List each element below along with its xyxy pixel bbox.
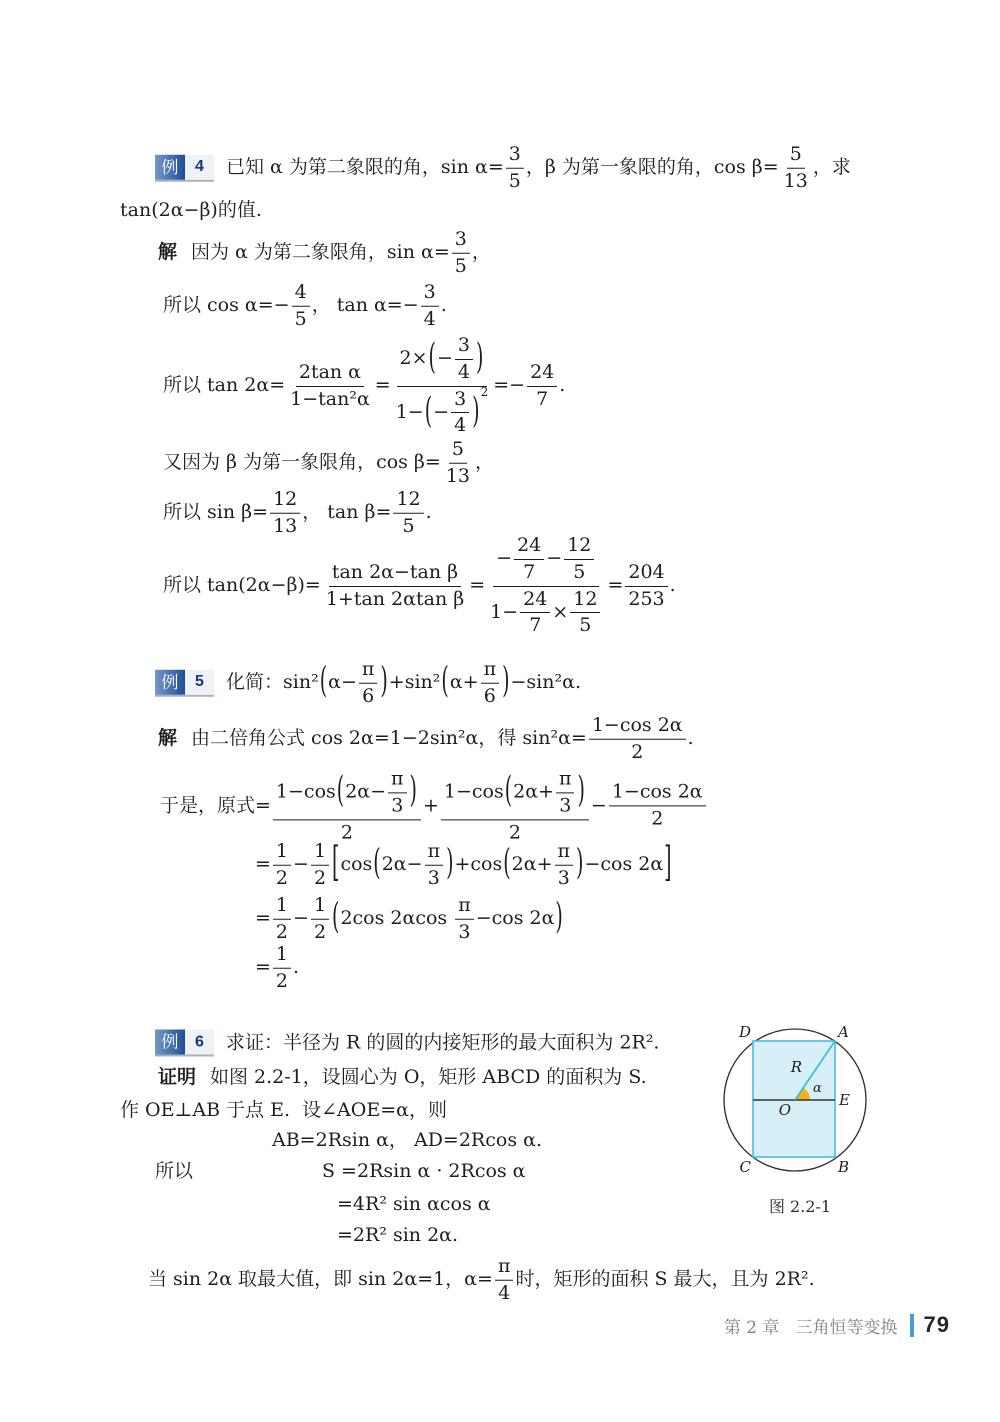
text-run: 12 xyxy=(396,488,420,512)
fraction: 35 xyxy=(452,228,470,279)
text-run: 1−cos xyxy=(444,781,504,805)
text-run: 时，矩形的面积 S 最大，且为 2R². xyxy=(515,1268,814,1292)
line-e6-p1: 证明如图 2.2-1，设圆心为 O，矩形 ABCD 的面积为 S. xyxy=(158,1066,647,1090)
big-paren: ( xyxy=(331,897,340,941)
text-run: π xyxy=(559,767,572,791)
label-D: D xyxy=(738,1023,751,1041)
big-paren: ( xyxy=(336,771,345,815)
big-paren: ( xyxy=(502,843,511,887)
line-e4-t1: 例4已知 α 为第二象限的角，sin α=35，β 为第一象限的角，cos β=… xyxy=(155,143,851,194)
text-run: 5 xyxy=(455,255,467,279)
example-badge-number: 6 xyxy=(185,1030,214,1055)
line-e5-t1: 例5化简：sin²(α−π6)+sin²(α+π6)−sin²α. xyxy=(155,658,581,709)
big-paren: ( xyxy=(428,337,437,381)
fraction: 1−cos 2α2 xyxy=(589,714,686,765)
text-run: π xyxy=(498,1255,511,1279)
big-paren: ( xyxy=(372,843,381,887)
text-run: 3 xyxy=(454,388,466,412)
text-run: . xyxy=(293,956,299,980)
text-run: 3 xyxy=(455,228,467,252)
text-run: 4 xyxy=(458,361,470,385)
line-e4-s3: 所以 tan 2α=2tan α1−tan²α=2×(−34)1−(−34)2=… xyxy=(163,334,565,438)
fraction: 247 xyxy=(514,534,544,585)
text-run: 2 xyxy=(276,867,288,891)
fraction: 1213 xyxy=(270,488,300,539)
text-run: 化简：sin² xyxy=(226,671,319,695)
example-badge: 例6 xyxy=(155,1030,214,1057)
text-run: +sin² xyxy=(389,671,441,695)
text-run: 5 xyxy=(452,438,464,462)
example-badge: 例5 xyxy=(155,670,214,697)
text-run: 所以 sin β= xyxy=(163,501,268,525)
fraction: 125 xyxy=(564,534,594,585)
text-run: 2tan α xyxy=(299,361,361,385)
big-paren: ( xyxy=(504,771,513,815)
text-run: 2α+ xyxy=(512,853,553,877)
text-run: 3 xyxy=(509,143,521,167)
page-footer: 第 2 章 三角恒等变换 79 xyxy=(560,1310,950,1340)
text-run: 3 xyxy=(428,867,440,891)
page-number: 79 xyxy=(924,1312,950,1338)
text-run: . xyxy=(688,727,694,751)
text-run: = xyxy=(469,574,485,598)
text-run: 5 xyxy=(790,143,802,167)
line-e6-soyi: 所以 xyxy=(155,1160,193,1184)
fraction: 34 xyxy=(451,388,469,439)
fraction: 513 xyxy=(443,438,473,489)
example-badge-label: 例 xyxy=(155,1030,185,1055)
label-E: E xyxy=(838,1091,850,1109)
text-run: 7 xyxy=(529,614,541,638)
text-run: 1− xyxy=(396,401,424,425)
text-run: 2 xyxy=(631,741,643,765)
text-run: π xyxy=(484,658,497,682)
example-badge-number: 5 xyxy=(185,670,214,695)
fraction: 35 xyxy=(506,143,524,194)
text-run: 2cos 2αcos xyxy=(340,907,453,931)
fraction: π3 xyxy=(555,840,574,891)
text-run: 如图 2.2-1，设圆心为 O，矩形 ABCD 的面积为 S. xyxy=(210,1066,647,1090)
figure-caption: 图 2.2-1 xyxy=(710,1194,890,1217)
text-run: 24 xyxy=(523,588,547,612)
text-run: 已知 α 为第二象限的角，sin α= xyxy=(226,156,504,180)
superscript: 2 xyxy=(481,385,489,400)
line-e4-s2: 所以 cos α=−45， tan α=−34. xyxy=(163,281,447,332)
text-run: 2α− xyxy=(382,853,423,877)
text-run: 2α+ xyxy=(513,781,554,805)
text-run: 13 xyxy=(784,170,808,194)
fraction: 45 xyxy=(292,281,310,332)
text-run: ， tan β= xyxy=(302,501,391,525)
text-run: tan 2α−tan β xyxy=(332,561,458,585)
label-B: B xyxy=(837,1158,849,1176)
text-run: π xyxy=(428,840,441,864)
fraction: π3 xyxy=(425,840,444,891)
line-e4-s4: 又因为 β 为第一象限角，cos β=513， xyxy=(163,438,494,489)
text-run: 1+tan 2αtan β xyxy=(326,588,464,612)
text-run: 当 sin 2α 取最大值，即 sin 2α=1，α= xyxy=(148,1268,493,1292)
text-run: ，β 为第一象限的角，cos β= xyxy=(526,156,779,180)
fraction: 1−cos(2α−π3)2 xyxy=(273,767,421,844)
fraction: 12 xyxy=(273,840,291,891)
fraction: 1−cos 2α2 xyxy=(609,781,706,832)
text-run: π xyxy=(558,840,571,864)
fraction: 1−cos(2α+π3)2 xyxy=(441,767,589,844)
fraction: π4 xyxy=(495,1255,514,1306)
fraction: 34 xyxy=(421,281,439,332)
line-e5-s1: 解由二倍角公式 cos 2α=1−2sin²α，得 sin²α=1−cos 2α… xyxy=(158,714,694,765)
example-badge-label: 例 xyxy=(155,155,185,180)
fraction: 12 xyxy=(311,894,329,945)
fraction: 12 xyxy=(273,943,291,994)
big-paren: ( xyxy=(319,661,328,705)
text-run: 3 xyxy=(458,334,470,358)
line-e4-s5: 所以 sin β=1213， tan β=125. xyxy=(163,488,432,539)
text-run: + xyxy=(423,794,439,818)
fraction: π3 xyxy=(556,767,575,818)
line-e6-eq3: =4R² sin αcos α xyxy=(337,1193,491,1217)
text-run: 所以 tan(2α−β)= xyxy=(163,574,321,598)
text-run: 12 xyxy=(273,488,297,512)
text-run: 13 xyxy=(446,465,470,489)
text-run: ，求 xyxy=(813,156,851,180)
text-run: 于是，原式= xyxy=(160,794,271,818)
fraction: 12 xyxy=(311,840,329,891)
fraction: 12 xyxy=(273,894,291,945)
text-run: 所以 tan 2α= xyxy=(163,374,285,398)
text-run: ， xyxy=(472,241,491,265)
figure-2-2-1: D A C B O E R α xyxy=(710,1020,890,1190)
big-paren: ) xyxy=(576,771,585,815)
text-run: 1 xyxy=(314,840,326,864)
text-run: 1 xyxy=(314,894,326,918)
line-e4-t2: tan(2α−β)的值. xyxy=(120,199,262,223)
line-e4-s6: 所以 tan(2α−β)=tan 2α−tan β1+tan 2αtan β=−… xyxy=(163,534,676,638)
text-run: 1 xyxy=(276,840,288,864)
big-paren: ) xyxy=(471,391,480,435)
text-run: AB=2Rsin α， AD=2Rcos α. xyxy=(272,1129,542,1153)
solution-label: 解 xyxy=(158,241,177,265)
text-run: 所以 cos α=− xyxy=(163,294,290,318)
fraction: 204253 xyxy=(625,561,667,612)
text-run: 2 xyxy=(651,808,663,832)
big-paren: ) xyxy=(445,843,454,887)
fraction: 513 xyxy=(781,143,811,194)
text-run: S =2Rsin α · 2Rcos α xyxy=(322,1160,526,1184)
text-run: 204 xyxy=(628,561,664,585)
text-run: 4 xyxy=(295,281,307,305)
text-run: 12 xyxy=(567,534,591,558)
line-e5-s5: =12. xyxy=(255,943,299,994)
text-run: − xyxy=(496,547,512,571)
fraction: π6 xyxy=(481,658,500,709)
fraction: π6 xyxy=(359,658,378,709)
line-e4-s1: 解因为 α 为第二象限角，sin α=35， xyxy=(158,228,491,279)
label-alpha: α xyxy=(813,1081,822,1096)
line-e6-eq2: S =2Rsin α · 2Rcos α xyxy=(322,1160,526,1184)
text-run: 4 xyxy=(454,414,466,438)
label-C: C xyxy=(740,1158,752,1176)
example-badge-label: 例 xyxy=(155,670,185,695)
text-run: 2× xyxy=(400,347,428,371)
fraction: π3 xyxy=(455,894,474,945)
line-e5-s4: =12−12(2cos 2αcos π3−cos 2α) xyxy=(255,894,564,945)
line-e5-s2: 于是，原式=1−cos(2α−π3)2+1−cos(2α+π3)2−1−cos … xyxy=(160,767,708,844)
line-e6-t1: 例6求证：半径为 R 的圆的内接矩形的最大面积为 2R². xyxy=(155,1030,659,1057)
line-e6-p2: 作 OE⊥AB 于点 E. 设∠AOE=α，则 xyxy=(120,1099,447,1123)
textbook-page: 例4已知 α 为第二象限的角，sin α=35，β 为第一象限的角，cos β=… xyxy=(0,0,1000,1422)
text-run: −cos 2α xyxy=(476,907,555,931)
footer-section-title: 三角恒等变换 xyxy=(796,1313,898,1338)
text-run: tan(2α−β)的值. xyxy=(120,199,262,223)
fraction: 125 xyxy=(570,588,600,639)
text-run: −sin²α. xyxy=(511,671,581,695)
label-O: O xyxy=(779,1101,791,1119)
big-bracket: [ xyxy=(331,839,340,890)
text-run: 7 xyxy=(523,561,535,585)
fraction: 125 xyxy=(393,488,423,539)
text-run: = xyxy=(607,574,623,598)
text-run: 因为 α 为第二象限角，sin α= xyxy=(191,241,450,265)
text-run: − xyxy=(591,794,607,818)
text-run: 又因为 β 为第一象限角，cos β= xyxy=(163,451,441,475)
text-run: π xyxy=(458,894,471,918)
text-run: 2 xyxy=(276,970,288,994)
text-run: ， xyxy=(475,451,494,475)
big-bracket: ] xyxy=(663,839,672,890)
big-paren: ( xyxy=(424,391,433,435)
footer-chapter: 第 2 章 xyxy=(724,1313,780,1338)
text-run: 1− xyxy=(490,601,518,625)
text-run: =4R² sin αcos α xyxy=(337,1193,491,1217)
text-run: 24 xyxy=(530,361,554,385)
text-run: 3 xyxy=(558,867,570,891)
text-run: 2 xyxy=(314,867,326,891)
text-run: 1−cos 2α xyxy=(612,781,703,805)
big-paren: ) xyxy=(409,771,418,815)
big-paren: ) xyxy=(554,897,563,941)
fraction: 247 xyxy=(520,588,550,639)
fraction: π3 xyxy=(388,767,407,818)
big-paren: ) xyxy=(501,661,510,705)
fraction: tan 2α−tan β1+tan 2αtan β xyxy=(323,561,467,612)
text-run: × xyxy=(552,601,568,625)
text-run: = xyxy=(255,853,271,877)
label-A: A xyxy=(836,1023,849,1041)
text-run: −cos 2α xyxy=(584,853,663,877)
text-run: . xyxy=(559,374,565,398)
example-badge-number: 4 xyxy=(185,155,214,180)
text-run: 5 xyxy=(579,614,591,638)
text-run: 1−cos 2α xyxy=(592,714,683,738)
text-run: +cos xyxy=(454,853,502,877)
text-run: α+ xyxy=(450,671,479,695)
text-run: 所以 xyxy=(155,1160,193,1184)
text-run: 作 OE⊥AB 于点 E. 设∠AOE=α，则 xyxy=(120,1099,447,1123)
text-run: 1−tan²α xyxy=(290,388,370,412)
solution-label: 证明 xyxy=(158,1066,196,1090)
text-run: . xyxy=(426,501,432,525)
text-run: 7 xyxy=(536,388,548,412)
text-run: − xyxy=(437,347,453,371)
text-run: 3 xyxy=(424,281,436,305)
text-run: 2 xyxy=(276,921,288,945)
big-paren: ) xyxy=(379,661,388,705)
text-run: − xyxy=(293,907,309,931)
line-e5-s3: =12−12[cos(2α−π3)+cos(2α+π3)−cos 2α] xyxy=(255,840,673,891)
text-run: 5 xyxy=(509,170,521,194)
text-run: 5 xyxy=(573,561,585,585)
line-e6-p4: 当 sin 2α 取最大值，即 sin 2α=1，α=π4时，矩形的面积 S 最… xyxy=(148,1255,815,1306)
big-paren: ( xyxy=(440,661,449,705)
text-run: 253 xyxy=(628,588,664,612)
line-e6-eq4: =2R² sin 2α. xyxy=(337,1224,458,1248)
text-run: 4 xyxy=(498,1282,510,1306)
text-run: 4 xyxy=(424,308,436,332)
text-run: 求证：半径为 R 的圆的内接矩形的最大面积为 2R². xyxy=(226,1031,659,1055)
text-run: . xyxy=(441,294,447,318)
text-run: 6 xyxy=(362,685,374,709)
inscribed-rectangle-diagram: D A C B O E R α xyxy=(710,1020,890,1190)
text-run: = xyxy=(255,907,271,931)
fraction: −247−1251−247×125 xyxy=(487,534,605,638)
text-run: = xyxy=(255,956,271,980)
text-run: α− xyxy=(328,671,357,695)
big-paren: ) xyxy=(575,843,584,887)
text-run: 3 xyxy=(391,794,403,818)
text-run: 6 xyxy=(484,685,496,709)
text-run: 1 xyxy=(276,943,288,967)
text-run: 2α− xyxy=(345,781,386,805)
footer-divider-bar xyxy=(910,1314,914,1337)
text-run: 3 xyxy=(458,921,470,945)
text-run: − xyxy=(546,547,562,571)
label-R: R xyxy=(790,1058,802,1076)
text-run: =2R² sin 2α. xyxy=(337,1224,458,1248)
fraction: 2tan α1−tan²α xyxy=(287,361,373,412)
text-run: 2 xyxy=(314,921,326,945)
fraction: 34 xyxy=(455,334,473,385)
text-run: =− xyxy=(493,374,525,398)
text-run: 1 xyxy=(276,894,288,918)
fraction: 247 xyxy=(527,361,557,412)
example-badge: 例4 xyxy=(155,155,214,182)
fraction: 2×(−34)1−(−34)2 xyxy=(393,334,492,438)
text-run: ， tan α=− xyxy=(312,294,419,318)
text-run: 1−cos xyxy=(276,781,336,805)
text-run: 3 xyxy=(559,794,571,818)
text-run: π xyxy=(362,658,375,682)
text-run: . xyxy=(670,574,676,598)
text-run: 24 xyxy=(517,534,541,558)
text-run: − xyxy=(433,401,449,425)
text-run: − xyxy=(293,853,309,877)
big-paren: ) xyxy=(475,337,484,381)
solution-label: 解 xyxy=(158,727,177,751)
line-e6-eq1: AB=2Rsin α， AD=2Rcos α. xyxy=(272,1129,542,1153)
text-run: 12 xyxy=(573,588,597,612)
text-run: 5 xyxy=(295,308,307,332)
text-run: cos xyxy=(340,853,372,877)
text-run: 由二倍角公式 cos 2α=1−2sin²α，得 sin²α= xyxy=(191,727,587,751)
text-run: = xyxy=(375,374,391,398)
text-run: π xyxy=(391,767,404,791)
